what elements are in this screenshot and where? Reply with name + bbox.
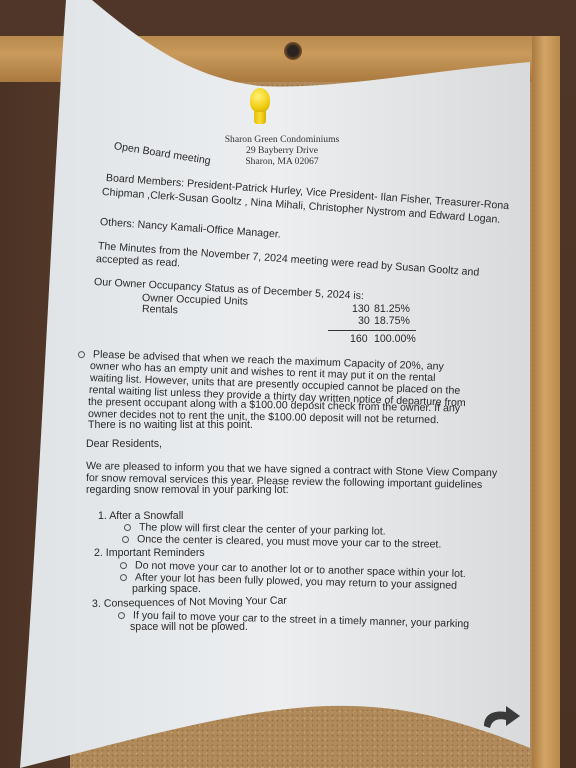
salutation: Dear Residents, xyxy=(86,438,162,450)
bullet-icon xyxy=(78,351,85,358)
bullet-icon xyxy=(120,574,127,581)
bullet-icon xyxy=(120,562,127,569)
guideline-2-item-2-cont: parking space. xyxy=(132,583,201,595)
occupancy-percent-owner: 81.25% xyxy=(374,303,410,315)
occupancy-label-rentals: Rentals xyxy=(142,303,178,317)
occupancy-percent-rentals: 18.75% xyxy=(374,315,410,327)
bullet-icon xyxy=(122,536,129,543)
guideline-3-item-1-cont: space will not be plowed. xyxy=(130,621,248,633)
occupancy-count-owner: 130 xyxy=(352,303,370,315)
letterhead-name: Sharon Green Condominiums xyxy=(92,134,472,145)
occupancy-total-percent: 100.00% xyxy=(374,333,416,345)
occupancy-total-count: 160 xyxy=(350,333,368,345)
total-rule xyxy=(328,330,416,331)
intro-line-3: regarding snow removal in your parking l… xyxy=(86,484,289,496)
curved-arrow-icon xyxy=(482,704,522,732)
bullet-icon xyxy=(118,612,125,619)
pushpin-head xyxy=(250,88,270,112)
guideline-2-title: 2. Important Reminders xyxy=(94,547,205,559)
advisory-line-7: There is no waiting list at this point. xyxy=(88,419,253,431)
occupancy-count-rentals: 30 xyxy=(358,315,370,327)
bullet-icon xyxy=(124,524,131,531)
